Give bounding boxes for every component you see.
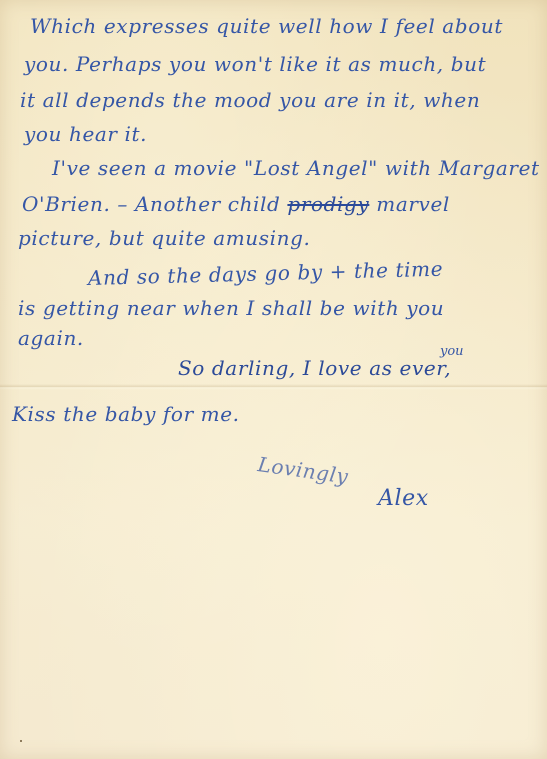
fold-crease xyxy=(0,384,547,390)
letter-line-7: picture, but quite amusing. xyxy=(18,226,311,250)
letter-line-12: Kiss the baby for me. xyxy=(12,402,240,426)
closing-phrase-end: as ever, xyxy=(369,356,451,380)
letter-line-9: is getting near when I shall be with you xyxy=(18,296,444,320)
letter-page: Which expresses quite well how I feel ab… xyxy=(0,0,547,759)
line-6-end: marvel xyxy=(376,192,450,216)
letter-line-8: And so the days go by + the time xyxy=(88,257,444,290)
letter-line-1: Which expresses quite well how I feel ab… xyxy=(30,14,503,38)
letter-line-10: again. xyxy=(18,326,84,350)
letter-line-6: O'Brien. – Another child prodigy marvel xyxy=(22,192,450,216)
letter-line-11: So darling, I love as ever, xyxy=(178,356,451,380)
closing-word: Lovingly xyxy=(256,452,350,488)
letter-line-2: you. Perhaps you won't like it as much, … xyxy=(24,52,486,76)
letter-line-3: it all depends the mood you are in it, w… xyxy=(20,88,480,112)
letter-line-4: you hear it. xyxy=(24,122,147,146)
struck-word: prodigy xyxy=(287,192,369,216)
signature: Alex xyxy=(378,486,429,511)
letter-line-5: I've seen a movie "Lost Angel" with Marg… xyxy=(52,156,540,180)
closing-phrase: So darling, I love xyxy=(178,356,362,380)
line-6-text: O'Brien. – Another child xyxy=(22,192,280,216)
paper-speck xyxy=(20,740,22,742)
